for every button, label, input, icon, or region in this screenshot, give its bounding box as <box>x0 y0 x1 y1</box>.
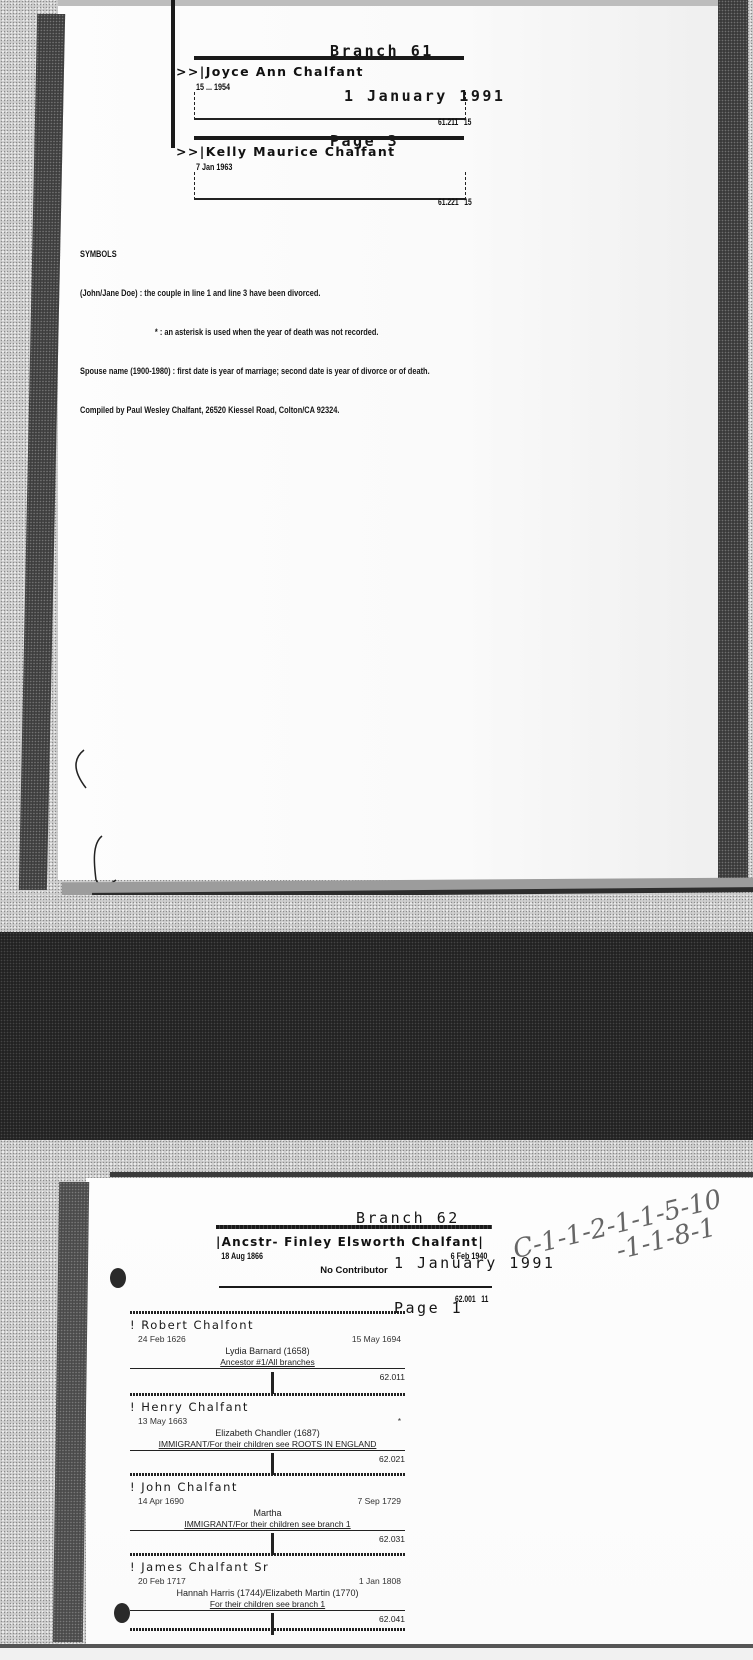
entry-id: 61.221 15 <box>438 197 472 207</box>
ancestor-death: 6 Feb 1940 <box>451 1251 488 1261</box>
generation-number: 15 <box>464 197 472 207</box>
ancestor-chain-entry: ! Robert Chalfont 24 Feb 162615 May 1694… <box>130 1311 405 1382</box>
symbol-divorced: (John/Jane Doe) : the couple in line 1 a… <box>80 287 430 300</box>
entry-id: 61.211 15 <box>438 117 471 127</box>
birth-date: 13 May 1663 <box>138 1416 187 1426</box>
spouse-name: Martha <box>130 1508 405 1518</box>
generation-number: 15 <box>464 117 472 127</box>
person-name: ! John Chalfant <box>130 1480 405 1494</box>
scan-gap <box>0 895 753 930</box>
scan-dark-band <box>0 932 753 1144</box>
symbols-legend: SYMBOLS (John/Jane Doe) : the couple in … <box>80 222 430 430</box>
branch-note: IMMIGRANT/For their children see ROOTS I… <box>130 1439 405 1451</box>
descent-connector <box>271 1453 274 1475</box>
page-2-top-edge <box>110 1172 753 1177</box>
ancestor-chain-entry: ! James Chalfant Sr 20 Feb 17171 Jan 180… <box>130 1553 405 1631</box>
symbol-asterisk: * : an asterisk is used when the year of… <box>155 326 430 339</box>
entry-id: 62.011 <box>130 1372 405 1382</box>
death-date: 7 Sep 1729 <box>358 1496 401 1506</box>
ancestor-name: |Ancstr- Finley Elsworth Chalfant| <box>216 1235 492 1249</box>
entry-id: 62.031 <box>130 1534 405 1544</box>
spouse-name: Hannah Harris (1744)/Elizabeth Martin (1… <box>130 1588 405 1598</box>
descent-line <box>171 0 175 148</box>
descent-connector <box>271 1372 274 1394</box>
ancestor-chain-entry: ! John Chalfant 14 Apr 16907 Sep 1729 Ma… <box>130 1473 405 1544</box>
symbols-title: SYMBOLS <box>80 248 430 261</box>
birth-date: 20 Feb 1717 <box>138 1576 186 1586</box>
birth-date: 14 Apr 1690 <box>138 1496 184 1506</box>
person-name: Joyce Ann Chalfant <box>206 64 364 79</box>
entry-box <box>194 172 466 200</box>
ancestor-entry: |Ancstr- Finley Elsworth Chalfant| 18 Au… <box>216 1225 492 1288</box>
punch-hole-icon <box>114 1603 130 1623</box>
birth-date: 24 Feb 1626 <box>138 1334 186 1344</box>
ancestor-box-bottom <box>219 1286 492 1288</box>
entry-marker: >> <box>176 64 200 79</box>
person-name: Kelly Maurice Chalfant <box>206 144 396 159</box>
person-name: ! Robert Chalfont <box>130 1318 405 1332</box>
person-entry: >>|Kelly Maurice Chalfant 7 Jan 1963 <box>176 136 466 200</box>
page-1-right-shadow <box>718 0 748 880</box>
compiler-credit: Compiled by Paul Wesley Chalfant, 26520 … <box>80 404 430 417</box>
page-2-left-shadow <box>53 1182 89 1642</box>
entry-id: 62.021 <box>130 1454 405 1464</box>
person-name: ! James Chalfant Sr <box>130 1560 405 1574</box>
spouse-name: Elizabeth Chandler (1687) <box>130 1428 405 1438</box>
symbol-spouse-dates: Spouse name (1900-1980) : first date is … <box>80 365 430 378</box>
death-date: 15 May 1694 <box>352 1334 401 1344</box>
descent-connector <box>271 1613 274 1635</box>
entry-box <box>194 92 466 120</box>
spouse-name: Lydia Barnard (1658) <box>130 1346 405 1356</box>
person-name: ! Henry Chalfant <box>130 1400 405 1414</box>
ancestor-chain-entry: ! Henry Chalfant 13 May 1663* Elizabeth … <box>130 1393 405 1464</box>
descent-connector <box>271 1533 274 1555</box>
contributor: No Contributor <box>216 1265 492 1276</box>
branch-note: IMMIGRANT/For their children see branch … <box>130 1519 405 1531</box>
death-date: 1 Jan 1808 <box>359 1576 401 1586</box>
birth-date: 15 ... 1954 <box>196 82 412 92</box>
branch-note: Ancestor #1/All branches <box>130 1357 405 1369</box>
punch-hole-icon <box>110 1268 126 1288</box>
ancestor-birth: 18 Aug 1866 <box>221 1251 263 1261</box>
person-entry: >>|Joyce Ann Chalfant 15 ... 1954 <box>176 56 466 120</box>
birth-date: 7 Jan 1963 <box>196 162 412 172</box>
branch-note: For their children see branch 1 <box>130 1599 405 1611</box>
scan-margin <box>0 1648 753 1660</box>
death-date: * <box>398 1416 401 1426</box>
generation-number: 11 <box>481 1294 488 1304</box>
entry-id: 62.041 <box>130 1614 405 1624</box>
entry-marker: >> <box>176 144 200 159</box>
ancestor-id: 62.001 11 <box>455 1294 488 1304</box>
branch-title: Branch 62 <box>356 1211 555 1226</box>
handwritten-bracket-marks <box>60 740 120 890</box>
page-1-top-strip <box>58 0 718 6</box>
